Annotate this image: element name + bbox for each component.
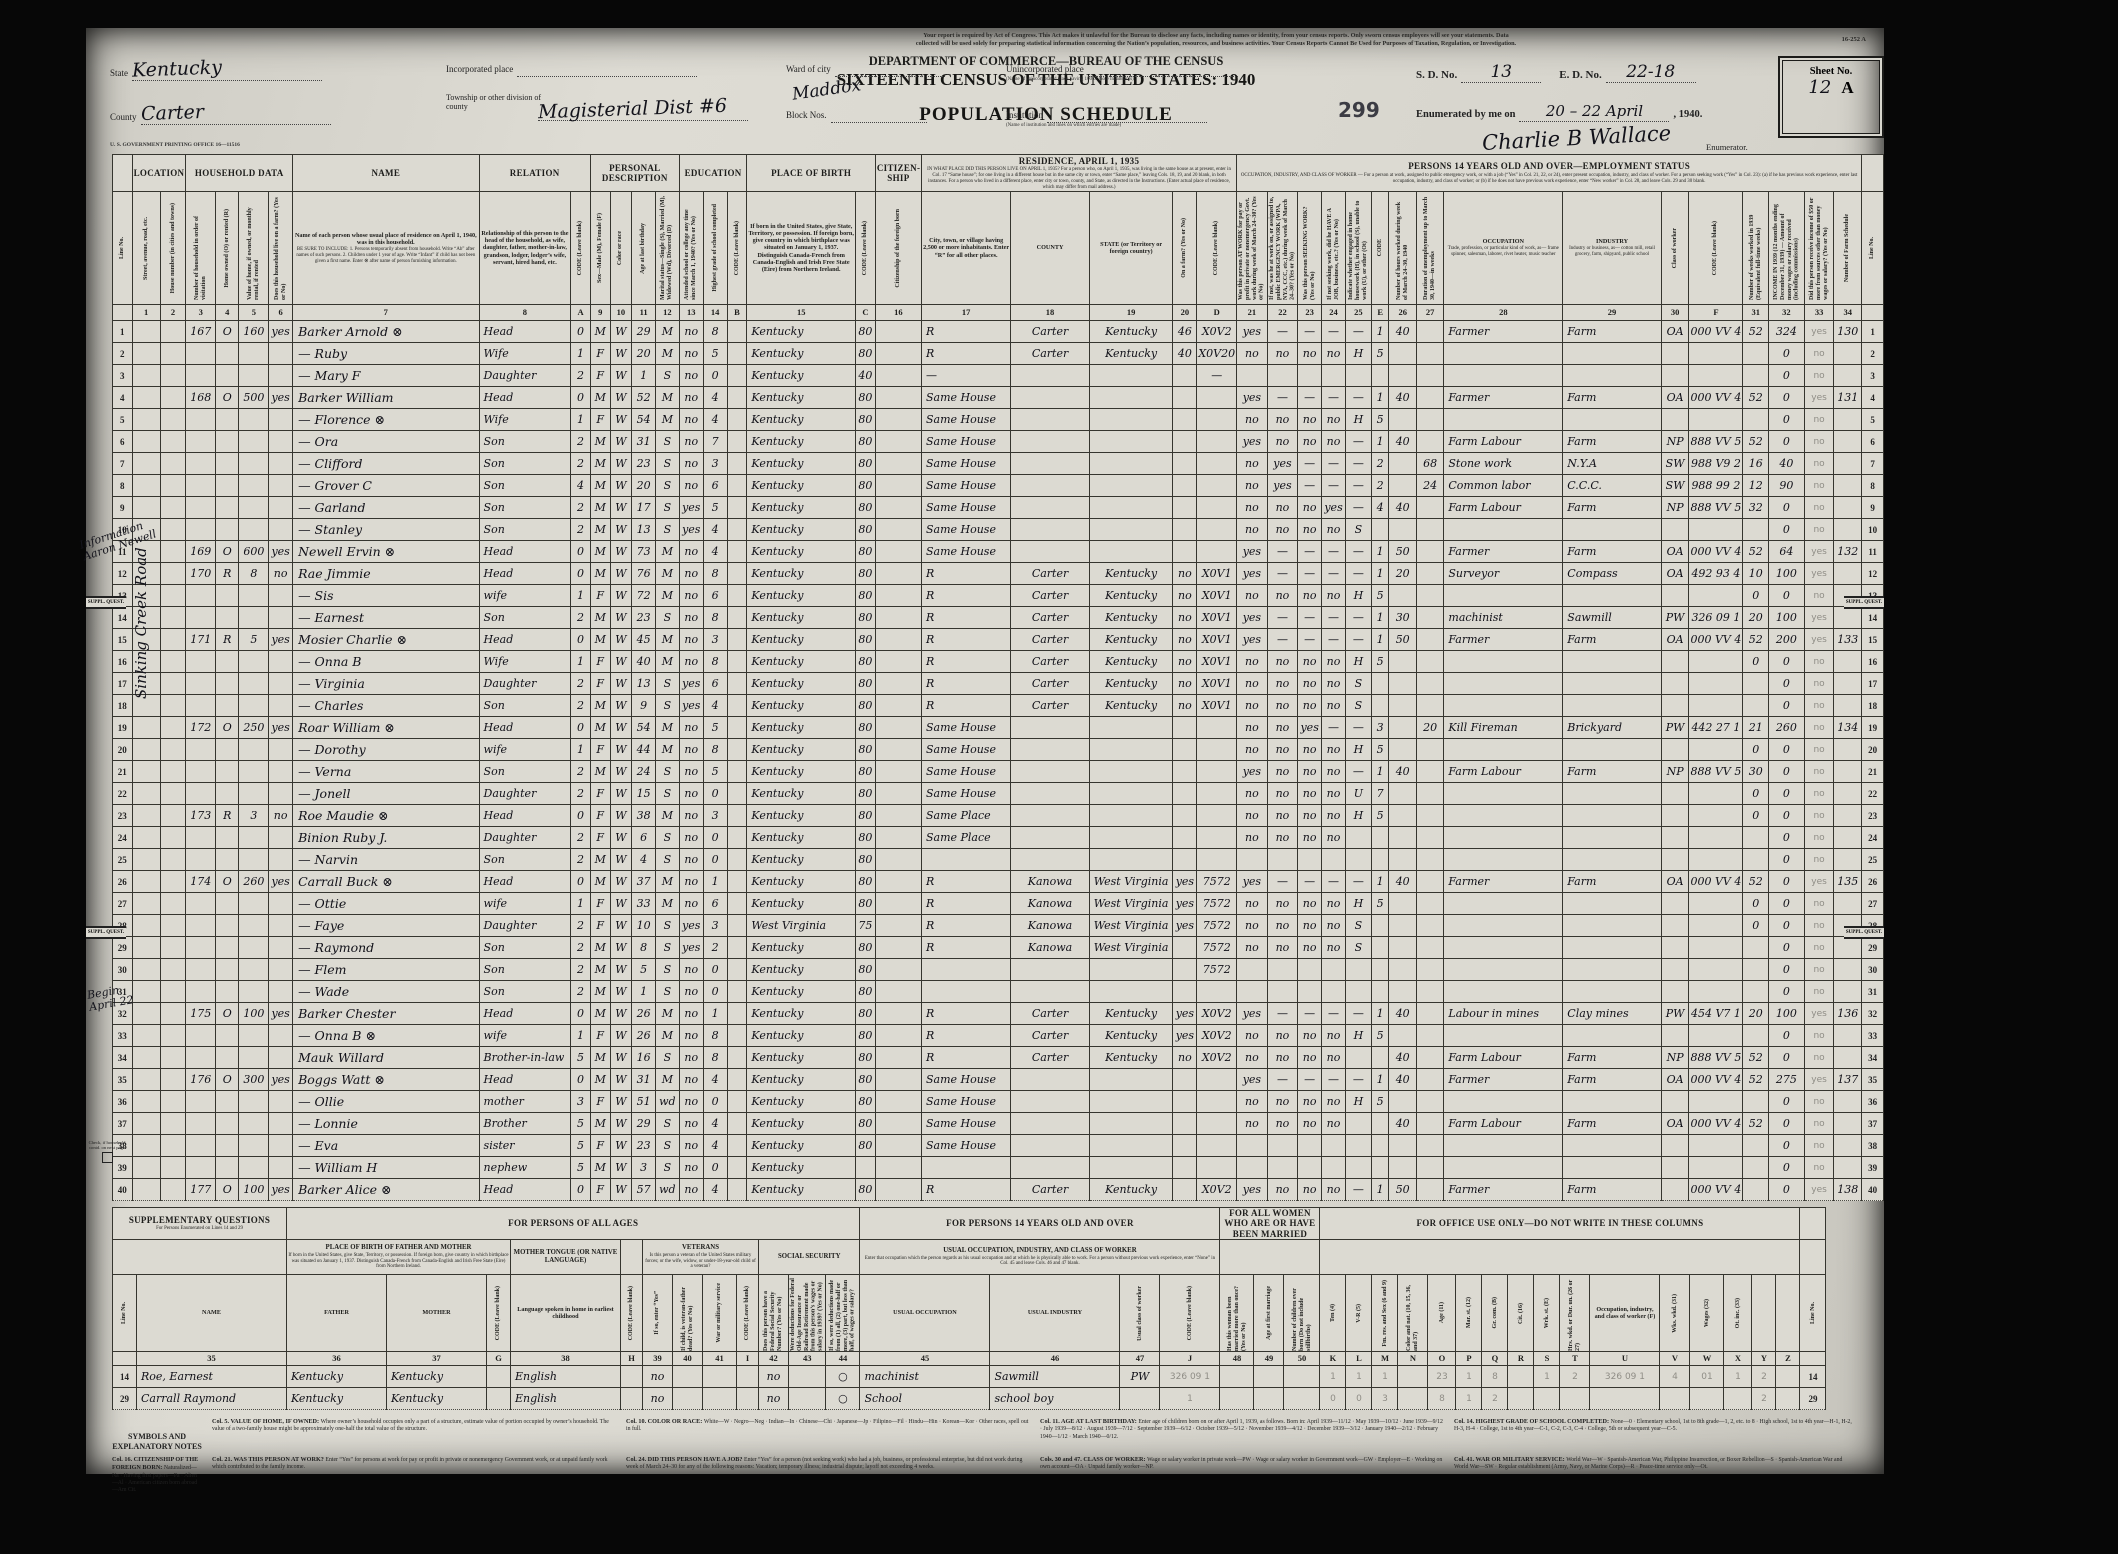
cell: no bbox=[1267, 695, 1298, 717]
table-row: 35176O300yesBoggs Watt ⊗Head0MW31Mno4Ken… bbox=[113, 1069, 1884, 1091]
column-header: 43 bbox=[789, 1352, 826, 1366]
institution-label: Institution bbox=[1006, 110, 1043, 120]
cell bbox=[239, 1157, 269, 1179]
cell: Son bbox=[479, 761, 571, 783]
cell: yes bbox=[1804, 387, 1834, 409]
cell: 0 bbox=[1768, 365, 1804, 387]
cell bbox=[1743, 1157, 1769, 1179]
cell bbox=[1689, 365, 1743, 387]
cell: — Onna B ⊗ bbox=[293, 1025, 479, 1047]
cell: Kentucky bbox=[747, 629, 856, 651]
cell bbox=[1834, 673, 1862, 695]
table-row: 23173R3noRoe Maudie ⊗Head0FW38Mno3Kentuc… bbox=[113, 805, 1884, 827]
cell bbox=[1834, 1157, 1862, 1179]
line-number: 17 bbox=[1862, 673, 1884, 695]
cell bbox=[269, 607, 293, 629]
cell bbox=[1689, 673, 1743, 695]
cell: 80 bbox=[856, 783, 876, 805]
cell: Same House bbox=[921, 475, 1010, 497]
cell: 0 bbox=[571, 629, 591, 651]
column-header: Class of worker bbox=[1661, 192, 1689, 305]
cell: yes bbox=[1237, 1179, 1268, 1201]
cell: no bbox=[1322, 915, 1346, 937]
cell: 23 bbox=[632, 1135, 656, 1157]
cell bbox=[239, 695, 269, 717]
column-header: Value of home, if owned, or monthly rent… bbox=[239, 192, 269, 305]
cell: Carter bbox=[1011, 629, 1089, 651]
form-number: 16-252 A bbox=[1842, 36, 1866, 43]
cell bbox=[1661, 849, 1689, 871]
cell: ○ bbox=[826, 1366, 860, 1388]
cell: yes bbox=[269, 1003, 293, 1025]
cell bbox=[269, 1047, 293, 1069]
cell: no bbox=[1298, 1047, 1322, 1069]
cell: 4 bbox=[703, 387, 727, 409]
cell bbox=[1416, 783, 1443, 805]
cell bbox=[239, 1113, 269, 1135]
cell: Same House bbox=[921, 497, 1010, 519]
cell: yes bbox=[1237, 1003, 1268, 1025]
cell: Roar William ⊗ bbox=[293, 717, 479, 739]
symbols-and-explanatory-notes: SYMBOLS AND EXPLANATORY NOTESCol. 5. VAL… bbox=[112, 1418, 1858, 1494]
cell: no bbox=[1267, 673, 1298, 695]
cell: W bbox=[610, 541, 632, 563]
cell bbox=[1173, 981, 1197, 1003]
cell bbox=[186, 431, 216, 453]
cell: F bbox=[590, 365, 610, 387]
cell: 275 bbox=[1768, 1069, 1804, 1091]
cell: no bbox=[679, 651, 703, 673]
cell: 80 bbox=[856, 937, 876, 959]
cell: R bbox=[921, 915, 1010, 937]
cell bbox=[160, 453, 186, 475]
cell: 4 bbox=[703, 519, 727, 541]
cell bbox=[1389, 519, 1416, 541]
cell bbox=[216, 343, 239, 365]
cell: no bbox=[1804, 717, 1834, 739]
line-number: 4 bbox=[1862, 387, 1884, 409]
column-header: CODE (Leave blank) bbox=[1160, 1275, 1220, 1352]
cell: 0 bbox=[1768, 783, 1804, 805]
cell: 167 bbox=[186, 321, 216, 343]
cell: 4 bbox=[703, 1069, 727, 1091]
cell bbox=[239, 343, 269, 365]
cell: 0 bbox=[571, 871, 591, 893]
cell: machinist bbox=[1444, 607, 1563, 629]
cell: 324 bbox=[1768, 321, 1804, 343]
cell: no bbox=[1237, 827, 1268, 849]
cell: 2 bbox=[1371, 453, 1389, 475]
ward-field: Ward of city bbox=[786, 58, 945, 77]
cell bbox=[269, 1113, 293, 1135]
cell: yes bbox=[1237, 629, 1268, 651]
cell: no bbox=[1173, 651, 1197, 673]
cell: Farmer bbox=[1444, 387, 1563, 409]
explanatory-note: Col. 21. WAS THIS PERSON AT WORK? Enter … bbox=[212, 1456, 616, 1494]
column-header: 47 bbox=[1120, 1352, 1160, 1366]
cell: 0 bbox=[1768, 1113, 1804, 1135]
column-header: USUAL OCCUPATION bbox=[860, 1275, 990, 1352]
cell: — bbox=[1267, 607, 1298, 629]
cell: Kentucky bbox=[747, 739, 856, 761]
line-number: 10 bbox=[1862, 519, 1884, 541]
cell: yes bbox=[1173, 915, 1197, 937]
column-header: Attended school or college any time sinc… bbox=[679, 192, 703, 305]
cell: W bbox=[610, 783, 632, 805]
header-spacer bbox=[1752, 1275, 1776, 1352]
cell bbox=[1444, 849, 1563, 871]
cell: no bbox=[1298, 585, 1322, 607]
cell: 80 bbox=[856, 1091, 876, 1113]
cell bbox=[1834, 805, 1862, 827]
cell: M bbox=[590, 453, 610, 475]
cell: no bbox=[1267, 1025, 1298, 1047]
line-number: 19 bbox=[113, 717, 133, 739]
cell: Same House bbox=[921, 1135, 1010, 1157]
column-header: E bbox=[1371, 305, 1389, 321]
cell: NP bbox=[1661, 761, 1689, 783]
cell: no bbox=[679, 475, 703, 497]
cell: yes bbox=[1804, 629, 1834, 651]
cell: 29 bbox=[632, 321, 656, 343]
table-row: 25— NarvinSon2MW4Sno0Kentucky800no25 bbox=[113, 849, 1884, 871]
cell bbox=[1563, 937, 1661, 959]
cell: no bbox=[1173, 629, 1197, 651]
cell bbox=[1371, 827, 1389, 849]
cell bbox=[1416, 695, 1443, 717]
cell: H bbox=[1345, 1091, 1371, 1113]
cell: 51 bbox=[632, 1091, 656, 1113]
cell: R bbox=[216, 629, 239, 651]
cell: 52 bbox=[1743, 1113, 1769, 1135]
cell: machinist bbox=[860, 1366, 990, 1388]
cell: 170 bbox=[186, 563, 216, 585]
cell: H bbox=[1345, 1025, 1371, 1047]
cell: 8 bbox=[703, 321, 727, 343]
cell: S bbox=[655, 761, 679, 783]
sheet-value: 12 bbox=[1808, 77, 1831, 98]
cell: S bbox=[655, 607, 679, 629]
cell: no bbox=[1804, 915, 1834, 937]
cell: — bbox=[1298, 563, 1322, 585]
cell: 888 VV 5 bbox=[1689, 497, 1743, 519]
cell: 1 bbox=[571, 585, 591, 607]
cell bbox=[239, 607, 269, 629]
cell: W bbox=[610, 695, 632, 717]
cell bbox=[160, 695, 186, 717]
column-header: Does this person have a Federal Social S… bbox=[759, 1275, 789, 1352]
cell: W bbox=[610, 651, 632, 673]
cell: M bbox=[590, 959, 610, 981]
cell: Wife bbox=[479, 409, 571, 431]
cell: 1 bbox=[1371, 387, 1389, 409]
cell: 135 bbox=[1834, 871, 1862, 893]
cell: M bbox=[655, 717, 679, 739]
column-header: V bbox=[1660, 1352, 1690, 1366]
cell bbox=[239, 783, 269, 805]
cell bbox=[1416, 651, 1443, 673]
cell: — Flem bbox=[293, 959, 479, 981]
table-row: 40177O100yesBarker Alice ⊗Head0FW57wdno4… bbox=[113, 1179, 1884, 1201]
cell bbox=[1389, 365, 1416, 387]
line-number: 11 bbox=[1862, 541, 1884, 563]
cell: 7572 bbox=[1197, 959, 1237, 981]
cell: 000 VV 4 bbox=[1689, 1069, 1743, 1091]
cell bbox=[186, 651, 216, 673]
line-number: 31 bbox=[1862, 981, 1884, 1003]
cell: 6 bbox=[632, 827, 656, 849]
cell: 1 bbox=[571, 1025, 591, 1047]
cell bbox=[875, 981, 921, 1003]
cell: 76 bbox=[632, 563, 656, 585]
cell bbox=[1011, 475, 1089, 497]
cell: 20 bbox=[632, 475, 656, 497]
cell: — bbox=[1267, 1003, 1298, 1025]
cell bbox=[1173, 475, 1197, 497]
cell bbox=[1416, 365, 1443, 387]
cell: Kanowa bbox=[1011, 937, 1089, 959]
cell: yes bbox=[1322, 497, 1346, 519]
cell: no bbox=[1298, 915, 1322, 937]
cell: 0 bbox=[571, 387, 591, 409]
cell: yes bbox=[269, 717, 293, 739]
cell bbox=[875, 783, 921, 805]
cell: 0 bbox=[1768, 805, 1804, 827]
cell bbox=[1444, 409, 1563, 431]
cell: Same Place bbox=[921, 827, 1010, 849]
cell: Kentucky bbox=[1089, 695, 1173, 717]
cell: sister bbox=[479, 1135, 571, 1157]
line-number: 36 bbox=[113, 1091, 133, 1113]
cell bbox=[1444, 1091, 1563, 1113]
cell bbox=[1237, 981, 1268, 1003]
township-value-wrap: Magisterial Dist #6 bbox=[538, 98, 748, 121]
cell: no bbox=[1237, 695, 1268, 717]
table-row: 15171R5yesMosier Charlie ⊗Head0MW45Mno3K… bbox=[113, 629, 1884, 651]
cell bbox=[1089, 475, 1173, 497]
line-number: 22 bbox=[113, 783, 133, 805]
cell bbox=[160, 629, 186, 651]
line-number: 23 bbox=[1862, 805, 1884, 827]
cell bbox=[875, 1047, 921, 1069]
cell bbox=[875, 629, 921, 651]
column-header: Line No. bbox=[113, 1275, 137, 1352]
cell: Kentucky bbox=[747, 1135, 856, 1157]
cell bbox=[875, 453, 921, 475]
column-header: CODE (Leave blank) bbox=[1197, 192, 1237, 305]
column-header: 2 bbox=[160, 305, 186, 321]
cell: — bbox=[1298, 1069, 1322, 1091]
column-header: 1 bbox=[132, 305, 160, 321]
cell: no bbox=[1237, 409, 1268, 431]
cell: 80 bbox=[856, 1135, 876, 1157]
cell: W bbox=[610, 475, 632, 497]
column-header: X bbox=[1724, 1352, 1752, 1366]
cell: Kentucky bbox=[747, 321, 856, 343]
cell bbox=[1345, 981, 1371, 1003]
cell bbox=[160, 959, 186, 981]
cell bbox=[239, 739, 269, 761]
cell: Kentucky bbox=[747, 497, 856, 519]
cell: no bbox=[1804, 1157, 1834, 1179]
column-header: 21 bbox=[1237, 305, 1268, 321]
column-header: 24 bbox=[1322, 305, 1346, 321]
cell bbox=[1173, 739, 1197, 761]
cell bbox=[1267, 959, 1298, 981]
cell bbox=[1389, 695, 1416, 717]
cell: 0 bbox=[1768, 695, 1804, 717]
cell: 5 bbox=[703, 497, 727, 519]
cell bbox=[621, 1366, 643, 1388]
cell: 5 bbox=[571, 1113, 591, 1135]
cell: Farm bbox=[1563, 1113, 1661, 1135]
cell bbox=[1416, 673, 1443, 695]
cell: 2 bbox=[571, 673, 591, 695]
cell: Kentucky bbox=[747, 585, 856, 607]
cell: 8 bbox=[703, 651, 727, 673]
column-header: Wrk. st. (E) bbox=[1534, 1275, 1560, 1352]
cell: F bbox=[590, 673, 610, 695]
cell bbox=[1834, 1047, 1862, 1069]
cell: 1 bbox=[1371, 541, 1389, 563]
cell bbox=[1444, 893, 1563, 915]
cell: 0 bbox=[1743, 783, 1769, 805]
column-header: 31 bbox=[1743, 305, 1769, 321]
cell: 30 bbox=[1389, 607, 1416, 629]
cell bbox=[1089, 959, 1173, 981]
form-header: Your report is required by Act of Congre… bbox=[86, 28, 1884, 154]
cell: no bbox=[1322, 343, 1346, 365]
cell: 260 bbox=[239, 871, 269, 893]
population-schedule-table: LOCATIONHOUSEHOLD DATANAMERELATIONPERSON… bbox=[112, 154, 1884, 1201]
cell bbox=[1834, 1025, 1862, 1047]
cell bbox=[1371, 981, 1389, 1003]
cell bbox=[1416, 1025, 1443, 1047]
cell: F bbox=[590, 893, 610, 915]
cell: S bbox=[655, 1113, 679, 1135]
cell: 80 bbox=[856, 387, 876, 409]
cell bbox=[269, 453, 293, 475]
line-number: 30 bbox=[1862, 959, 1884, 981]
column-header: Number of Farm Schedule bbox=[1834, 192, 1862, 305]
cell bbox=[1563, 365, 1661, 387]
cell bbox=[1322, 849, 1346, 871]
cell: no bbox=[679, 959, 703, 981]
cell bbox=[1345, 365, 1371, 387]
line-number: 1 bbox=[113, 321, 133, 343]
cell: 0 bbox=[1768, 673, 1804, 695]
column-header: PERSONAL DESCRIPTION bbox=[590, 155, 679, 192]
cell: 2 bbox=[571, 783, 591, 805]
cell: S bbox=[1345, 673, 1371, 695]
cell: 24 bbox=[632, 761, 656, 783]
cell bbox=[186, 519, 216, 541]
cell bbox=[1661, 1091, 1689, 1113]
cell: 600 bbox=[239, 541, 269, 563]
column-header: CODE (Leave blank) bbox=[487, 1275, 511, 1352]
cell bbox=[1173, 1091, 1197, 1113]
column-header: Line No. bbox=[1800, 1275, 1826, 1352]
cell: W bbox=[610, 827, 632, 849]
cell: W bbox=[610, 453, 632, 475]
cell bbox=[1089, 409, 1173, 431]
cell: N.Y.A bbox=[1563, 453, 1661, 475]
cell bbox=[1834, 981, 1862, 1003]
cell bbox=[239, 409, 269, 431]
cell: 0 bbox=[703, 959, 727, 981]
table-row: 1167O160yesBarker Arnold ⊗Head0MW29Mno8K… bbox=[113, 321, 1884, 343]
cell: X0V1 bbox=[1197, 651, 1237, 673]
cell bbox=[1298, 1135, 1322, 1157]
cell bbox=[1011, 409, 1089, 431]
cell bbox=[1237, 959, 1268, 981]
line-number: 26 bbox=[1862, 871, 1884, 893]
cell bbox=[1197, 849, 1237, 871]
column-header: FOR PERSONS 14 YEARS OLD AND OVER bbox=[860, 1208, 1220, 1240]
cell bbox=[216, 959, 239, 981]
cell: no bbox=[1173, 1047, 1197, 1069]
cell bbox=[875, 585, 921, 607]
cell: no bbox=[1804, 959, 1834, 981]
cell bbox=[1444, 651, 1563, 673]
cell bbox=[1371, 519, 1389, 541]
cell: 20 bbox=[1743, 1003, 1769, 1025]
cell: Head bbox=[479, 1179, 571, 1201]
cell: W bbox=[610, 1135, 632, 1157]
cell: R bbox=[921, 893, 1010, 915]
cell bbox=[727, 651, 747, 673]
cell: Kentucky bbox=[747, 409, 856, 431]
cell bbox=[269, 783, 293, 805]
cell bbox=[1173, 783, 1197, 805]
township-value: Magisterial Dist #6 bbox=[538, 95, 728, 124]
column-header: HOUSEHOLD DATA bbox=[186, 155, 293, 192]
cell bbox=[186, 849, 216, 871]
cell: M bbox=[655, 387, 679, 409]
enumeration-date-field: Enumerated by me on 20 – 22 April , 1940… bbox=[1416, 102, 1702, 122]
cell bbox=[1197, 519, 1237, 541]
cell: no bbox=[1237, 783, 1268, 805]
cell bbox=[1743, 695, 1769, 717]
column-header: 46 bbox=[990, 1352, 1120, 1366]
cell: no bbox=[1804, 981, 1834, 1003]
column-header: N bbox=[1398, 1352, 1428, 1366]
cell: Common labor bbox=[1444, 475, 1563, 497]
cell: W bbox=[610, 739, 632, 761]
cell bbox=[1743, 343, 1769, 365]
cell bbox=[186, 937, 216, 959]
cell: OA bbox=[1661, 541, 1689, 563]
cell bbox=[239, 497, 269, 519]
cell: 1 bbox=[703, 1003, 727, 1025]
cell bbox=[1563, 519, 1661, 541]
column-header: FOR OFFICE USE ONLY—DO NOT WRITE IN THES… bbox=[1320, 1208, 1800, 1240]
cell: Head bbox=[479, 871, 571, 893]
cell: no bbox=[679, 981, 703, 1003]
ed-value: 22-18 bbox=[1626, 62, 1675, 82]
cell: Kentucky bbox=[747, 453, 856, 475]
incorporated-place-label: Incorporated place bbox=[446, 64, 513, 74]
column-header: On a farm? (Yes or No) bbox=[1173, 192, 1197, 305]
cell: M bbox=[655, 739, 679, 761]
line-number: 9 bbox=[113, 497, 133, 519]
cell: yes bbox=[1237, 761, 1268, 783]
cell: 80 bbox=[856, 805, 876, 827]
cell: Same House bbox=[921, 1069, 1010, 1091]
street-name-vertical: Sinking Creek Road bbox=[132, 428, 156, 818]
cell bbox=[1345, 849, 1371, 871]
cell: M bbox=[655, 409, 679, 431]
